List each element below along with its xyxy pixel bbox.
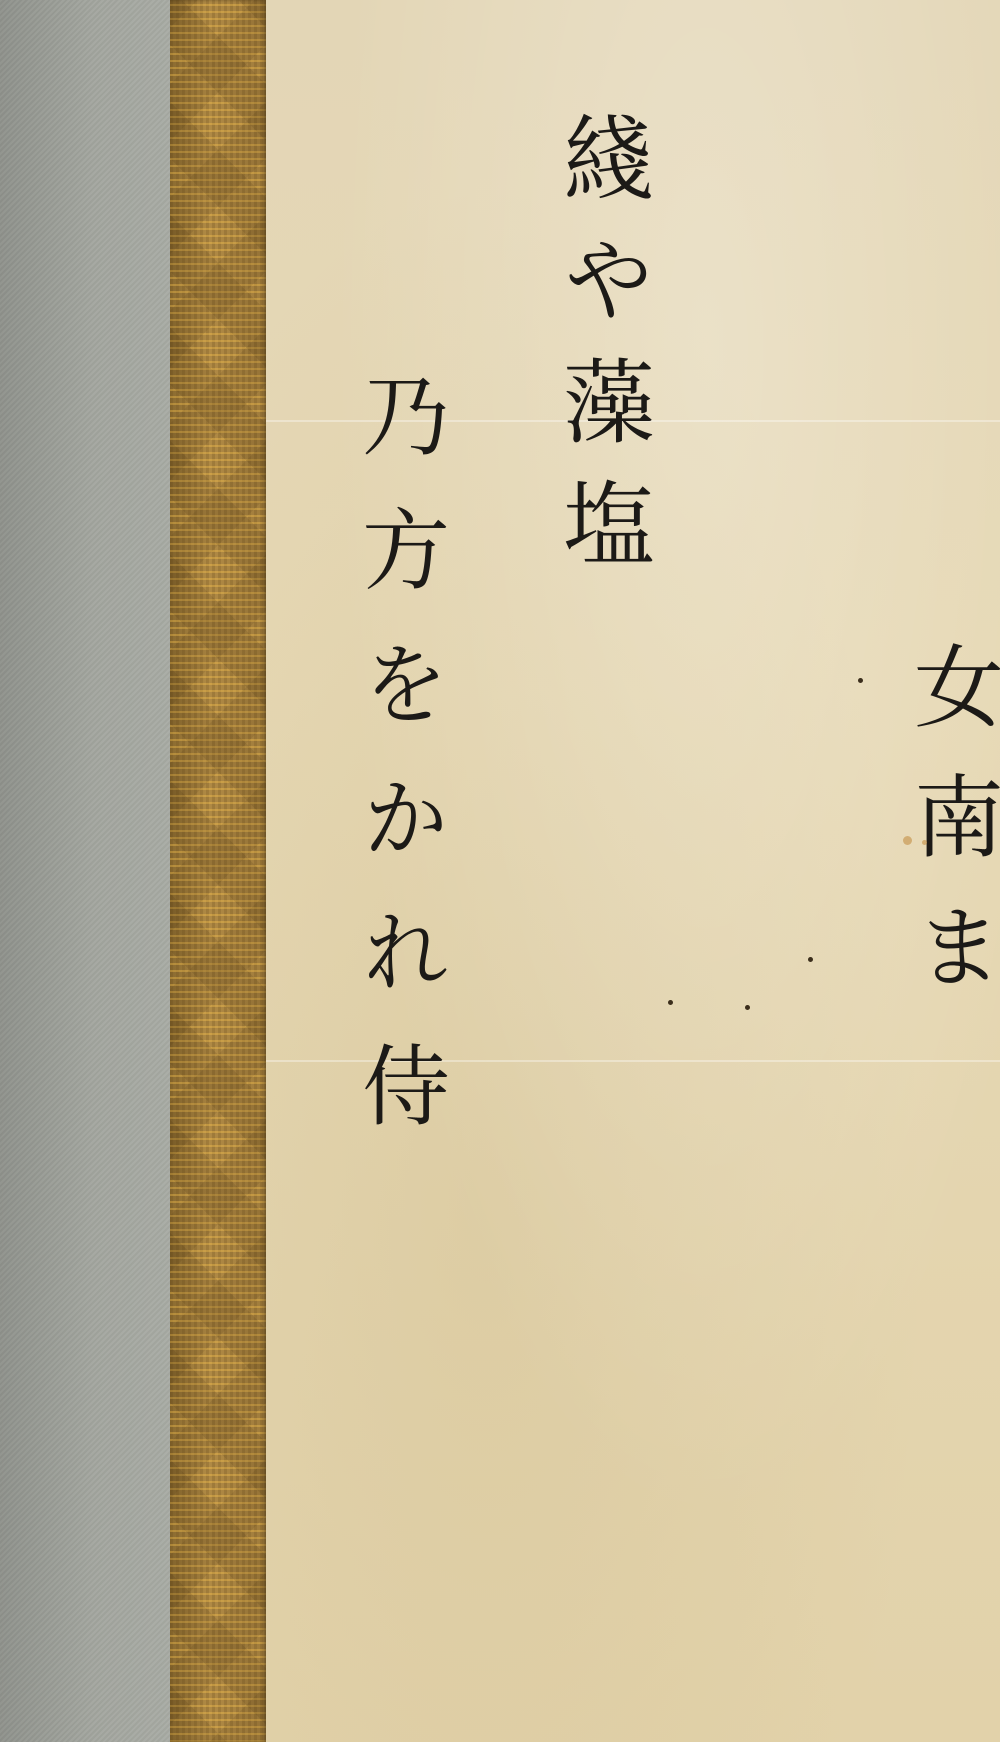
ink-speck bbox=[745, 1005, 750, 1010]
ink-speck bbox=[668, 1000, 673, 1005]
wall-background bbox=[0, 0, 170, 1742]
paper-stain bbox=[903, 836, 912, 845]
ink-speck bbox=[858, 678, 863, 683]
brocade-mounting-border bbox=[170, 0, 266, 1742]
calligraphy-column-left: 乃方をかれ侍 bbox=[355, 370, 443, 1174]
paper-stain bbox=[922, 840, 927, 845]
ink-speck bbox=[808, 957, 813, 962]
calligraphy-column-center: 綫や藻塩 bbox=[555, 110, 647, 598]
calligraphy-column-right: 女南ま bbox=[905, 640, 995, 1030]
